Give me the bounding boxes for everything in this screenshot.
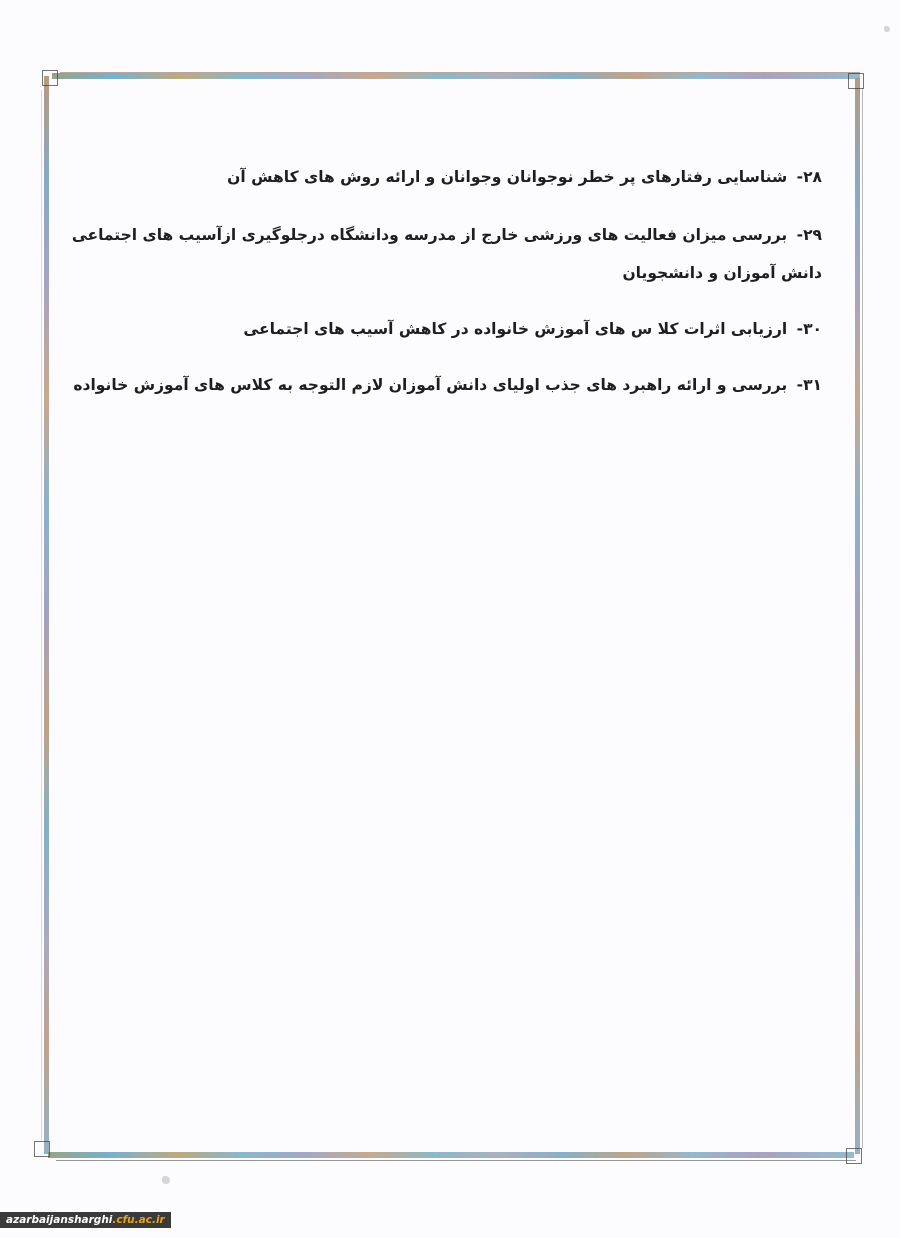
item-text: شناسایی رفتارهای پر خطر نوجوانان وجوانان… — [227, 168, 787, 186]
item-text: ارزیابی اثرات کلا س های آموزش خانواده در… — [243, 320, 787, 338]
frame-line-right — [862, 88, 863, 1148]
list-item: ۲۸- شناسایی رفتارهای پر خطر نوجوانان وجو… — [70, 158, 822, 196]
frame-corner-ornament-bottom-left — [34, 1141, 50, 1157]
item-number: ۳۰- — [797, 320, 822, 338]
list-item: ۳۱- بررسی و ارائه راهبرد های جذب اولیای … — [70, 366, 822, 404]
item-number: ۳۱- — [797, 376, 822, 394]
frame-border-left — [44, 76, 49, 1154]
frame-border-top — [52, 73, 860, 79]
frame-line-left — [41, 90, 42, 1140]
list-item: ۲۹- بررسی میزان فعالیت های ورزشی خارج از… — [70, 216, 822, 292]
frame-corner-ornament-bottom-right — [846, 1148, 862, 1164]
scan-speck — [884, 26, 890, 32]
item-number: ۲۸- — [797, 168, 822, 186]
frame-line-bottom — [56, 1160, 856, 1161]
scan-speck — [162, 1176, 170, 1184]
scanned-page: ۲۸- شناسایی رفتارهای پر خطر نوجوانان وجو… — [0, 0, 900, 1238]
watermark-domain: .cfu.ac.ir — [112, 1214, 164, 1226]
item-number: ۲۹- — [797, 226, 822, 244]
item-text: بررسی و ارائه راهبرد های جذب اولیای دانش… — [73, 376, 787, 394]
watermark-site: azarbaijansharghi — [6, 1214, 112, 1226]
site-watermark: azarbaijansharghi.cfu.ac.ir — [0, 1212, 171, 1228]
list-item: ۳۰- ارزیابی اثرات کلا س های آموزش خانواد… — [70, 310, 822, 348]
item-text: بررسی میزان فعالیت های ورزشی خارج از مدر… — [72, 226, 822, 282]
frame-corner-ornament-top-left — [42, 70, 58, 86]
frame-border-bottom — [48, 1152, 854, 1158]
frame-corner-ornament-top-right — [848, 73, 864, 89]
frame-border-right — [855, 78, 860, 1154]
